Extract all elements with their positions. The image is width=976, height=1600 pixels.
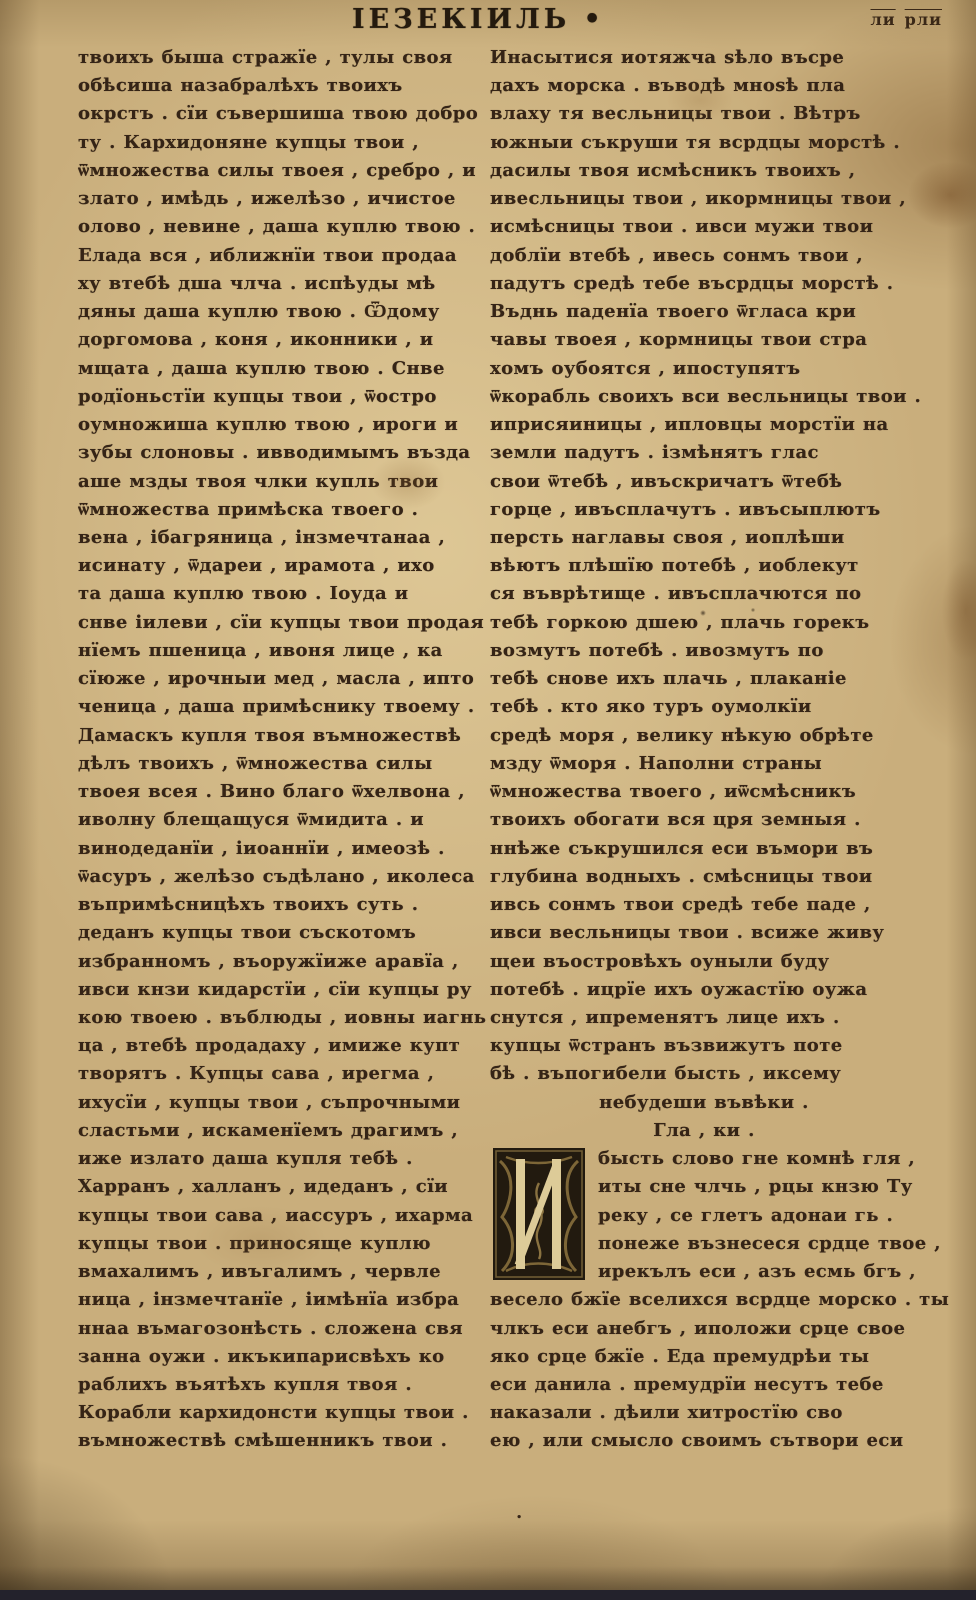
text-line: бѣ . въпогибели бысть , иксему [490,1060,918,1088]
text-line: ся въврѣтище . ивъсплачются по [490,580,918,608]
text-line: еси данила . премудрїи несутъ тебе [490,1371,918,1399]
text-line: дяны даша куплю твою . Ѿдому [78,298,480,326]
text-line: тебѣ . кто яко туръ оумолкїи [490,693,918,721]
text-line: потебѣ . ицрїе ихъ оужастїю оужа [490,976,918,1004]
text-line: дахъ морска . въводѣ мноѕѣ пла [490,72,918,100]
text-line: иприсяиницы , ипловцы морстїи на [490,411,918,439]
text-line: ѿмножества твоего , иѿсмѣсникъ [490,778,918,806]
text-line: ѿмножества примѣска твоего . [78,496,480,524]
text-line: творятъ . Купцы сава , ирегма , [78,1060,480,1088]
text-line: глубина водныхъ . смѣсницы твои [490,863,918,891]
text-line: ху втебѣ дша члча . испѣуды мѣ [78,270,480,298]
chapter-heading: Гла , ки . [490,1117,918,1145]
text-line: въпримѣсницѣхъ твоихъ суть . [78,891,480,919]
text-line: горце , ивъсплачутъ . ивъсыплютъ [490,496,918,524]
text-line: кою твоею . въблюды , иовны иагнь [78,1004,480,1032]
text-line: хомъ оубоятся , ипоступятъ [490,355,918,383]
text-line: Елада вся , иближнїи твои продаа [78,242,480,270]
text-line: ивси весльницы твои . всиже живу [490,919,918,947]
text-line: земли падутъ . ізмѣнятъ глас [490,439,918,467]
text-line: аше мзды твоя члки купль твои [78,468,480,496]
text-line: южныи съкруши тя всрдцы морстѣ . [490,129,918,157]
text-line: сластьми , искаменїемъ драгимъ , [78,1117,480,1145]
text-line: снве іилеви , сїи купцы твои продая [78,609,480,637]
text-line: ивсь сонмъ твои средѣ тебе паде , [490,891,918,919]
text-line: яко срце бжїе . Еда премудрѣи ты [490,1343,918,1371]
text-line: ивси кнзи кидарстїи , сїи купцы ру [78,976,480,1004]
text-line: чавы твоея , кормницы твои стра [490,326,918,354]
text-line: Дамаскъ купля твоя въмножествѣ [78,722,480,750]
text-line: персть наглавы своя , иоплѣши [490,524,918,552]
text-line: ту . Кархидоняне купцы твои , [78,129,480,157]
folio-number-right: рли [905,10,942,29]
text-line: родїоньстїи купцы твои , ѿостро [78,383,480,411]
text-line: олово , невине , даша куплю твою . [78,213,480,241]
text-line: ѿмножества силы твоея , сребро , и [78,157,480,185]
text-line: купцы твои . приносяще куплю [78,1230,480,1258]
bottom-page-shadow [0,1566,976,1592]
left-text-column: твоихъ быша стражїе , тулы свояобѣсиша н… [78,44,480,1456]
text-line: тебѣ горкою дшею , плачь горекъ [490,609,918,637]
text-line: средѣ моря , велику нѣкую обрѣте [490,722,918,750]
text-line: щеи въостровѣхъ оуныли буду [490,948,918,976]
text-line: вмахалимъ , ивъгалимъ , червле [78,1258,480,1286]
text-line: ница , інзмечтанїе , іимѣнїа избра [78,1286,480,1314]
text-line: ннаа въмагозонѣсть . сложена свя [78,1315,480,1343]
text-line: деданъ купцы твои съскотомъ [78,919,480,947]
text-line: исинату , ѿдареи , ирамота , ихо [78,552,480,580]
text-line: Инасытися иотяжча ѕѣло въсре [490,44,918,72]
text-line: иволну блещащуся ѿмидита . и [78,806,480,834]
text-line: обѣсиша назабралѣхъ твоихъ [78,72,480,100]
text-line: весело бжїе вселихся всрдце морско . ты [490,1286,918,1314]
right-text-column: Инасытися иотяжча ѕѣло въсредахъ морска … [490,44,918,1456]
text-line: вѣютъ плѣшїю потебѣ , иоблекут [490,552,918,580]
text-line: вена , ібагряница , інзмечтанаа , [78,524,480,552]
text-line: окрстъ . сїи съвершиша твою добро [78,100,480,128]
chapter-28-opening: И бысть слово гне комнѣ гля ,иты сне члч… [490,1145,918,1456]
page-title: ІЕЗЕКІИЛЬ • [352,4,605,35]
text-line: та даша куплю твою . Іоуда и [78,580,480,608]
text-line: ннѣже съкрушился еси въмори въ [490,835,918,863]
text-line: нїемъ пшеница , ивоня лице , ка [78,637,480,665]
text-line: ею , или смысло своимъ сътвори еси [490,1427,918,1455]
scanned-book-page: ІЕЗЕКІИЛЬ • лирли твоихъ быша стражїе , … [0,0,976,1600]
text-line: члкъ еси анебгъ , иположи срце свое [490,1315,918,1343]
text-line: Въднь паденїа твоего ѿгласа кри [490,298,918,326]
text-line: оумножиша куплю твою , ироги и [78,411,480,439]
text-line: снутся , ипременятъ лице ихъ . [490,1004,918,1032]
text-line: твоихъ обогати вся цря земныя . [490,806,918,834]
text-line: ца , втебѣ продадаху , имиже купт [78,1032,480,1060]
text-line: твоихъ быша стражїе , тулы своя [78,44,480,72]
text-line: въмножествѣ смѣшенникъ твои . [78,1427,480,1455]
text-line: исмѣсницы твои . ивси мужи твои [490,213,918,241]
text-line: винодеданїи , іиоаннїи , имеозѣ . [78,835,480,863]
text-line: мзду ѿморя . Наполни страны [490,750,918,778]
text-line: избранномъ , въоружїиже аравїа , [78,948,480,976]
text-line: дасилы твоя исмѣсникъ твоихъ , [490,157,918,185]
text-line: наказали . дѣили хитростїю сво [490,1399,918,1427]
right-column-verses: Инасытися иотяжча ѕѣло въсредахъ морска … [490,44,918,1089]
text-line: купцы ѿстранъ възвижутъ поте [490,1032,918,1060]
chapter-ending-line: небудеши въвѣки . [490,1089,918,1117]
text-line: твоея всея . Вино благо ѿхелвона , [78,778,480,806]
text-line: занна оужи . икъкипарисвѣхъ ко [78,1343,480,1371]
folio-number-left: ли [871,10,896,29]
text-line: зубы слоновы . ивводимымъ възда [78,439,480,467]
text-line: ѿасуръ , желѣзо съдѣлано , иколеса [78,863,480,891]
text-line: свои ѿтебѣ , ивъскричатъ ѿтебѣ [490,468,918,496]
text-line: доблїи втебѣ , ивесь сонмъ твои , [490,242,918,270]
text-line: ивесльницы твои , икормницы твои , [490,185,918,213]
text-line: злато , имѣдь , ижелѣзо , ичистое [78,185,480,213]
text-line: ѿкорабль своихъ вси весльницы твои . [490,383,918,411]
text-line: возмутъ потебѣ . ивозмутъ по [490,637,918,665]
text-line: падутъ средѣ тебе въсрдцы морстѣ . [490,270,918,298]
folio-number: лирли [862,10,943,29]
text-line: купцы твои сава , иассуръ , ихарма [78,1202,480,1230]
ornate-initial-woodcut: И [492,1147,586,1281]
text-line: Харранъ , халланъ , идеданъ , сїи [78,1173,480,1201]
text-line: ченица , даша примѣснику твоему . [78,693,480,721]
text-line: раблихъ въятѣхъ купля твоя . [78,1371,480,1399]
text-line: сїюже , ирочныи мед , масла , ипто [78,665,480,693]
text-line: дѣлъ твоихъ , ѿмножества силы [78,750,480,778]
text-line: тебѣ снове ихъ плачь , плаканіе [490,665,918,693]
scan-edge-strip [0,1590,976,1600]
stray-ink-mark: . [516,1502,526,1522]
ornate-initial-block: И [492,1147,586,1281]
text-line: иже излато даша купля тебѣ . [78,1145,480,1173]
text-line: влаху тя весльницы твои . Вѣтръ [490,100,918,128]
text-line: доргомова , коня , иконники , и [78,326,480,354]
text-line: Корабли кархидонсти купцы твои . [78,1399,480,1427]
text-line: мщата , даша куплю твою . Снве [78,355,480,383]
text-line: ихусїи , купцы твои , съпрочными [78,1089,480,1117]
